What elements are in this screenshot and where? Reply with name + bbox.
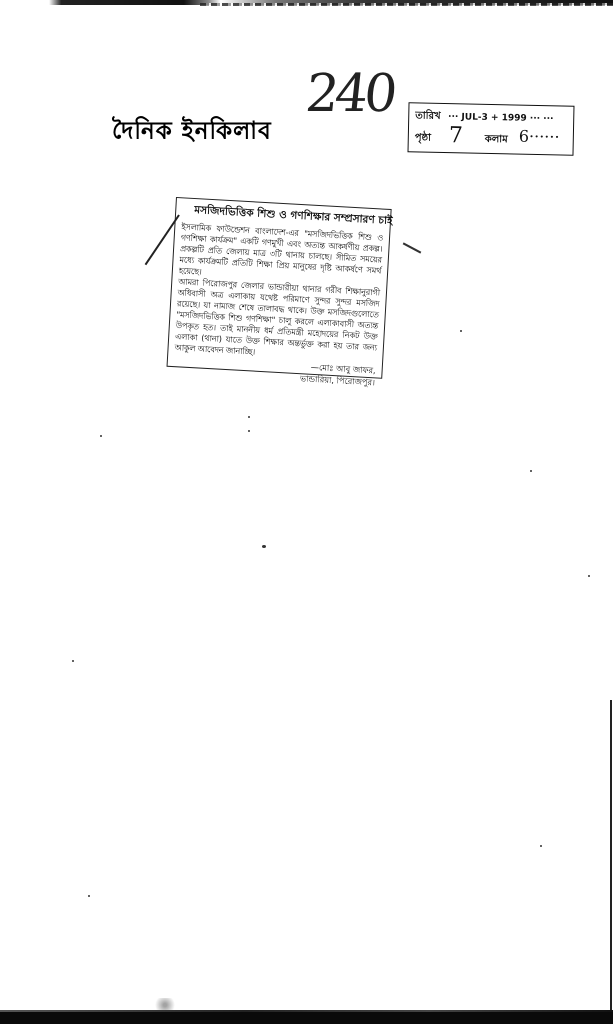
newspaper-name: দৈনিক ইনকিলাব bbox=[112, 111, 272, 152]
scan-speck bbox=[88, 895, 90, 897]
stamp-page-label: পৃষ্ঠা bbox=[415, 132, 431, 143]
newspaper-clipping: মসজিদভিত্তিক শিশু ও গণশিক্ষার সম্প্রসারণ… bbox=[167, 197, 392, 379]
date-stamp: তারিখ ··· JUL-3 + 1999 ··· ··· পৃষ্ঠা 7 … bbox=[407, 102, 574, 155]
stamp-date-label: তারিখ bbox=[415, 110, 441, 122]
stamp-column-label: কলাম bbox=[485, 132, 508, 149]
stamp-page-value: 7 bbox=[449, 123, 464, 148]
scan-speck bbox=[72, 660, 74, 662]
stamp-date-row: তারিখ ··· JUL-3 + 1999 ··· ··· bbox=[415, 108, 554, 128]
handwritten-page-number: 240 bbox=[303, 68, 396, 120]
scan-speck bbox=[530, 470, 532, 472]
stamp-date-value: ··· JUL-3 + 1999 ··· ··· bbox=[448, 112, 554, 124]
stamp-column-value: 6······ bbox=[519, 127, 560, 147]
scan-speck bbox=[248, 430, 250, 432]
scan-right-edge bbox=[610, 700, 612, 1012]
scan-bottom-edge bbox=[0, 1012, 613, 1024]
scan-top-noise bbox=[200, 3, 613, 6]
scan-speck bbox=[262, 545, 266, 548]
scan-speck bbox=[248, 416, 250, 418]
pen-arrow-icon bbox=[403, 242, 422, 253]
scan-speck bbox=[540, 845, 542, 847]
scan-speck bbox=[460, 330, 462, 332]
clipping-paragraph-2: আমরা পিরোজপুর জেলার ভান্ডারীয়া থানার গর… bbox=[174, 276, 380, 364]
scan-speck bbox=[100, 435, 102, 437]
stamp-page-row: পৃষ্ঠা 7 কলাম 6······ bbox=[415, 130, 432, 147]
scan-speck bbox=[588, 575, 590, 577]
